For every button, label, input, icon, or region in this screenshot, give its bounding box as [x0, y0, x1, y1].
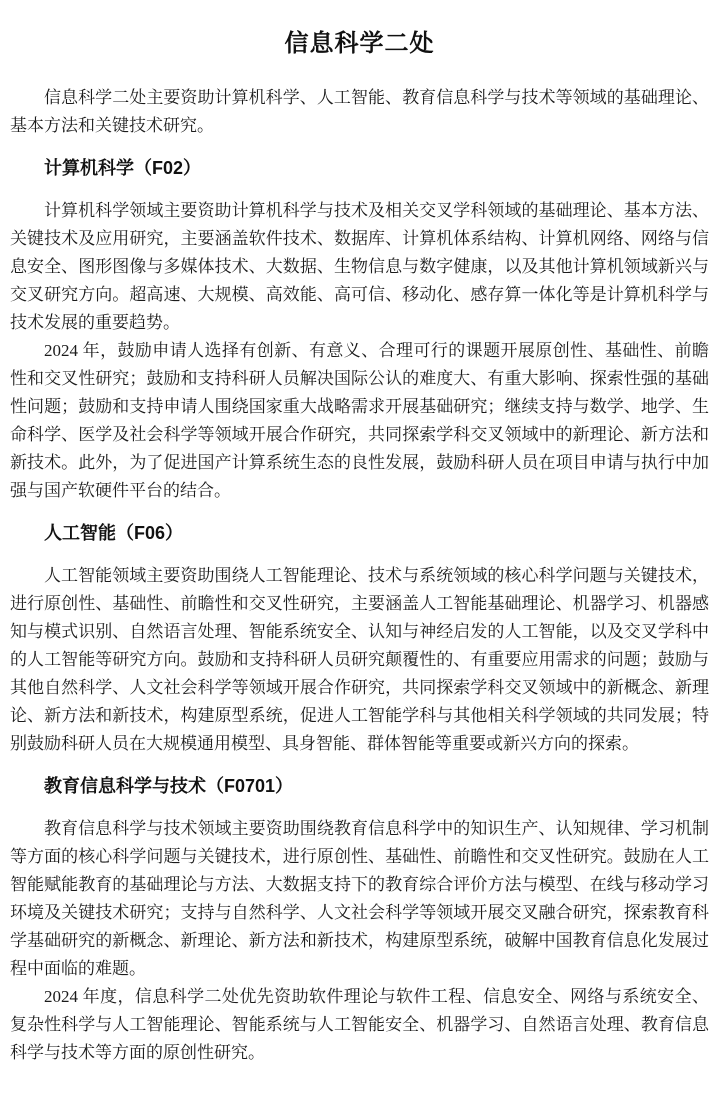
- section-heading-artificial-intelligence: 人工智能（F06）: [10, 520, 709, 547]
- page-title: 信息科学二处: [10, 28, 709, 60]
- artificial-intelligence-paragraph-1: 人工智能领域主要资助围绕人工智能理论、技术与系统领域的核心科学问题与关键技术，进…: [10, 562, 709, 758]
- priority-funding-paragraph: 2024 年度，信息科学二处优先资助软件理论与软件工程、信息安全、网络与系统安全…: [10, 983, 709, 1067]
- education-information-science-paragraph-1: 教育信息科学与技术领域主要资助围绕教育信息科学中的知识生产、认知规律、学习机制等…: [10, 815, 709, 983]
- computer-science-paragraph-2: 2024 年，鼓励申请人选择有创新、有意义、合理可行的课题开展原创性、基础性、前…: [10, 337, 709, 505]
- document-page: 信息科学二处 信息科学二处主要资助计算机科学、人工智能、教育信息科学与技术等领域…: [0, 0, 720, 1120]
- intro-paragraph: 信息科学二处主要资助计算机科学、人工智能、教育信息科学与技术等领域的基础理论、基…: [10, 84, 709, 140]
- section-heading-education-information-science: 教育信息科学与技术（F0701）: [10, 773, 709, 800]
- section-heading-computer-science: 计算机科学（F02）: [10, 155, 709, 182]
- computer-science-paragraph-1: 计算机科学领域主要资助计算机科学与技术及相关交叉学科领域的基础理论、基本方法、关…: [10, 197, 709, 337]
